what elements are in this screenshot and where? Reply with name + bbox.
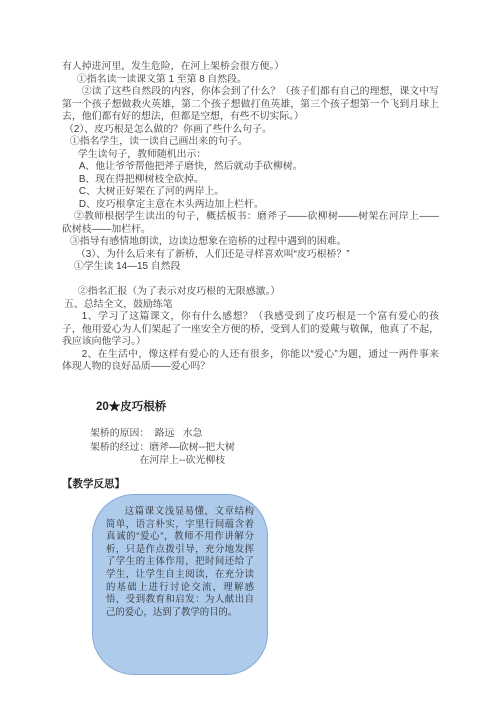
paragraph: （2）、皮巧根是怎么做的？你画了些什么句子。 [62,124,439,137]
paragraph: ③指导有感情地朗读，边读边想象在造桥的过程中遇到的困难。 [62,236,439,249]
paragraph: A、他让爷爷帮他把斧子磨快，然后就动手砍柳树。 [62,161,439,174]
paragraph: （3）、为什么后来有了新桥，人们还是寻样喜欢叫“皮巧根桥？” [62,249,439,262]
paragraph: 2、在生活中，像这样有爱心的人还有很多，你能以“爱心”为题，通过一两件事来体现人… [62,349,439,374]
paragraph: ②读了这些自然段的内容，你体会到了什么？（孩子们都有自己的理想，课文中写第一个孩… [62,86,439,124]
paragraph: ①指名学生，读一读自己画出来的句子。 [62,136,439,149]
board-note-line: 在河岸上--砍光柳枝 [90,454,390,468]
paragraph: D、皮巧根拿定主意在木头两边加上栏杆。 [62,199,439,212]
paragraph: 五、总结全文，鼓励练笔 [62,299,439,312]
paragraph: 有人掉进河里，发生危险，在河上架桥会很方便。） [62,61,439,74]
paragraph [62,274,439,287]
paragraph: ②指名汇报（为了表示对皮巧根的无限感激。） [62,286,439,299]
reflection-bubble: 这篇课文浅显易懂，文章结构简单，语言朴实，字里行间蕴含着真诚的“爱心”，教师不用… [92,494,268,675]
paragraph: C、大树正好架在了河的两岸上。 [62,186,439,199]
paragraph: 1、学习了这篇课文，你有什么感想？（我感受到了皮巧根是一个富有爱心的孩子，他用爱… [62,311,439,349]
board-note-line: 架桥的原因： 路远 水急 [90,427,390,441]
paragraph: ②教师根据学生读出的句子，概括板书：磨斧子——砍柳树——树架在河岸上——砍树枝—… [62,211,439,236]
lesson-plan-body: 有人掉进河里，发生危险，在河上架桥会很方便。）①指名读一读课文第 1 至第 8 … [62,61,439,374]
paragraph: ①指名读一读课文第 1 至第 8 自然段。 [62,74,439,87]
lesson-title: 20★皮巧根桥 [96,398,166,414]
paragraph: B、现在得把柳树枝全砍掉。 [62,174,439,187]
board-note-line: 架桥的经过：磨斧—砍树--把大树 [90,441,390,455]
document-page: 有人掉进河里，发生危险，在河上架桥会很方便。）①指名读一读课文第 1 至第 8 … [0,0,500,707]
paragraph: 学生读句子，教师随机出示： [62,149,439,162]
board-notes: 架桥的原因： 路远 水急架桥的经过：磨斧—砍树--把大树在河岸上--砍光柳枝 [90,427,390,468]
paragraph: ①学生读 14—15 自然段 [62,261,439,274]
reflection-text: 这篇课文浅显易懂，文章结构简单，语言朴实，字里行间蕴含着真诚的“爱心”，教师不用… [93,495,267,618]
teaching-reflection-heading: 【教学反思】 [62,476,125,491]
